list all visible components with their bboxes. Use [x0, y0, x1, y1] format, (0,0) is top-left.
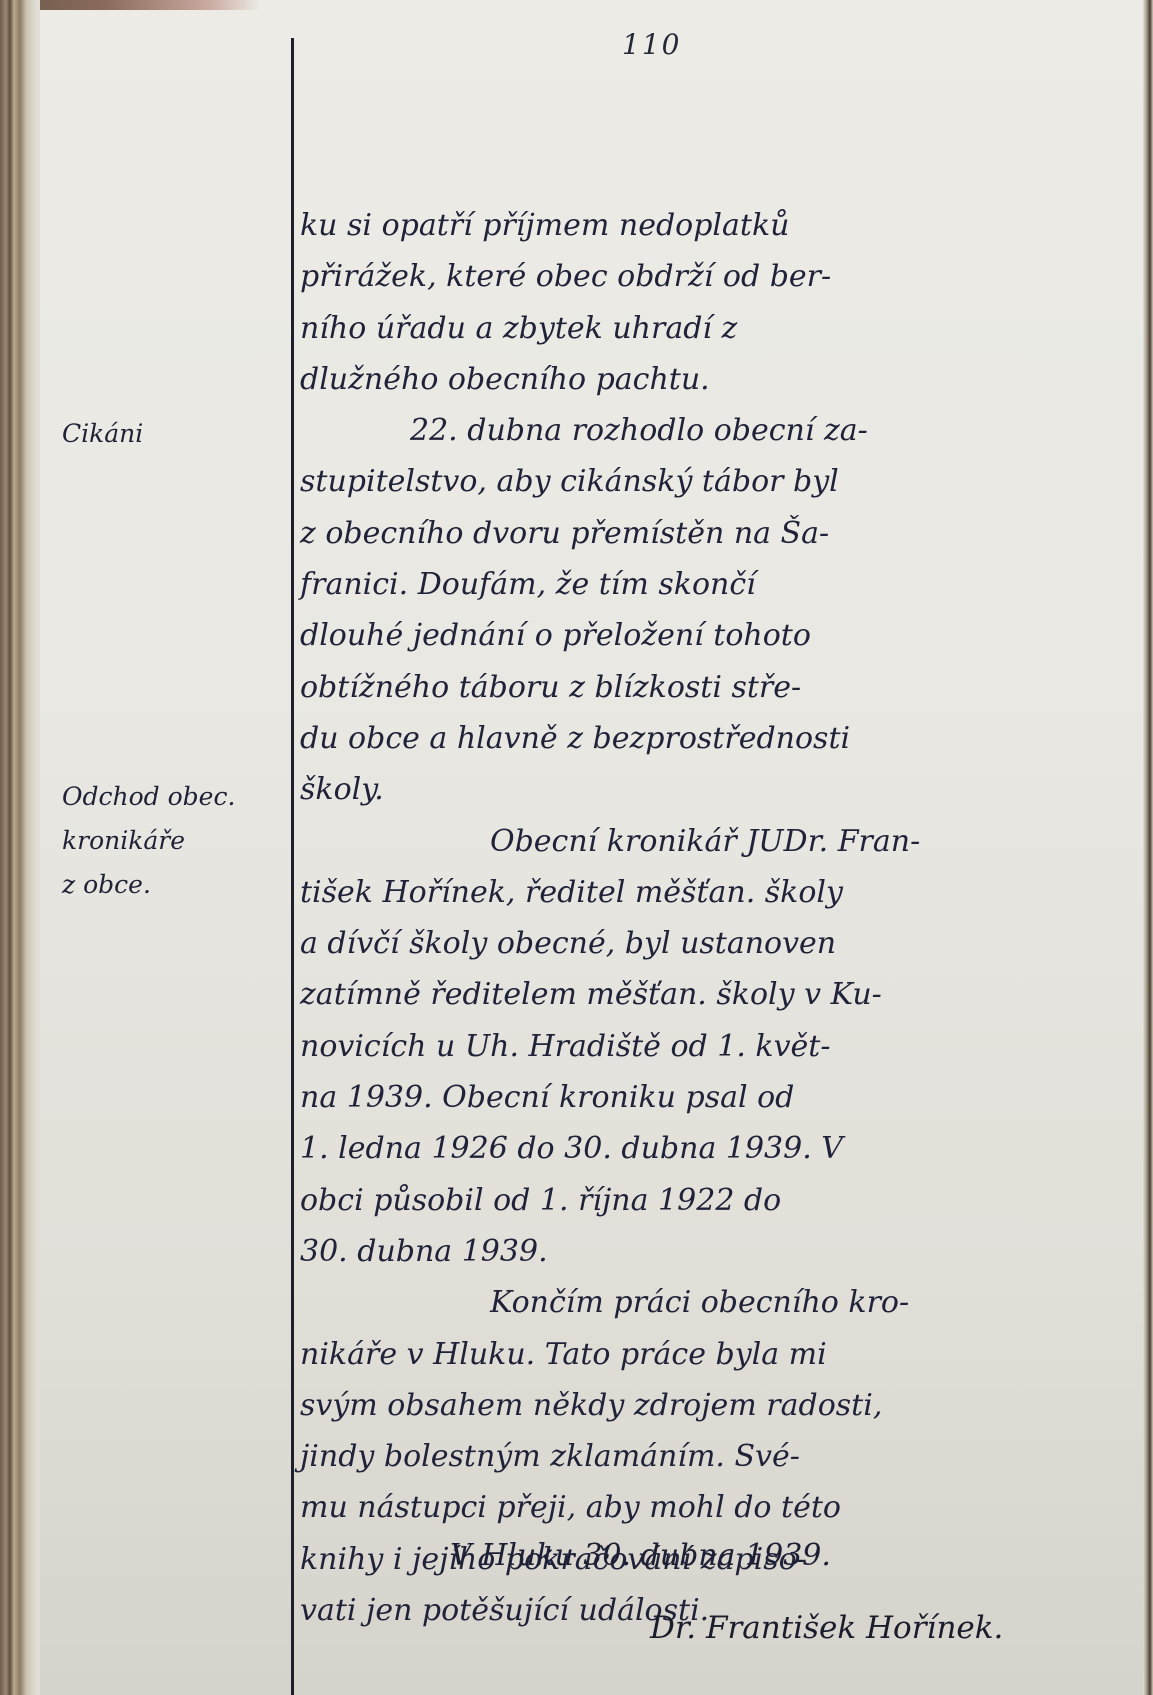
text-line: 22. dubna rozhodlo obecní za- [300, 405, 1130, 456]
text-line: přirážek, které obec obdrží od ber- [300, 251, 1130, 302]
text-line: ního úřadu a zbytek uhradí z [300, 303, 1130, 354]
text-line: obtížného táboru z blízkosti stře- [300, 662, 1130, 713]
text-line: z obecního dvoru přemístěn na Ša- [300, 508, 1130, 559]
margin-note-departure: Odchod obec. kronikáře z obce. [62, 775, 287, 907]
signature: Dr. František Hořínek. [650, 1610, 1003, 1646]
text-line: dlužného obecního pachtu. [300, 354, 1130, 405]
page-number: 110 [622, 28, 681, 61]
text-line: Obecní kronikář JUDr. Fran- [300, 816, 1130, 867]
margin-rule [291, 38, 294, 1695]
book-spine-edge [0, 0, 40, 1695]
text-line: novicích u Uh. Hradiště od 1. květ- [300, 1021, 1130, 1072]
text-line: mu nástupci přeji, aby mohl do této [300, 1482, 1130, 1533]
text-line: obci působil od 1. října 1922 do [300, 1175, 1130, 1226]
text-line: 1. ledna 1926 do 30. dubna 1939. V [300, 1123, 1130, 1174]
text-line: svým obsahem někdy zdrojem radosti, [300, 1380, 1130, 1431]
text-line: zatímně ředitelem měšťan. školy v Ku- [300, 969, 1130, 1020]
margin-note-line: Odchod obec. [62, 775, 287, 819]
text-line: stupitelstvo, aby cikánský tábor byl [300, 456, 1130, 507]
text-line: du obce a hlavně z bezprostřednosti [300, 713, 1130, 764]
text-line: dlouhé jednání o přeložení tohoto [300, 610, 1130, 661]
text-line: Končím práci obecního kro- [300, 1277, 1130, 1328]
text-line: tišek Hořínek, ředitel měšťan. školy [300, 867, 1130, 918]
margin-note-line: z obce. [62, 863, 287, 907]
text-line: 30. dubna 1939. [300, 1226, 1130, 1277]
text-line: franici. Doufám, že tím skončí [300, 559, 1130, 610]
text-line: na 1939. Obecní kroniku psal od [300, 1072, 1130, 1123]
chronicle-page: 110 Cikáni Odchod obec. kronikáře z obce… [0, 0, 1153, 1695]
place-date-line: V Hluku 30. dubna 1939. [450, 1538, 831, 1573]
margin-note-cikani: Cikáni [62, 412, 287, 456]
text-line: ku si opatří příjmem nedoplatků [300, 200, 1130, 251]
page-right-edge [1143, 0, 1153, 1695]
margin-note-label: Cikáni [62, 419, 143, 448]
text-line: a dívčí školy obecné, byl ustanoven [300, 918, 1130, 969]
text-line: nikáře v Hluku. Tato práce byla mi [300, 1329, 1130, 1380]
text-line: školy. [300, 764, 1130, 815]
text-line: jindy bolestným zklamáním. Své- [300, 1431, 1130, 1482]
margin-note-line: kronikáře [62, 819, 287, 863]
chronicle-body-text: ku si opatří příjmem nedoplatků přirážek… [300, 200, 1130, 1636]
